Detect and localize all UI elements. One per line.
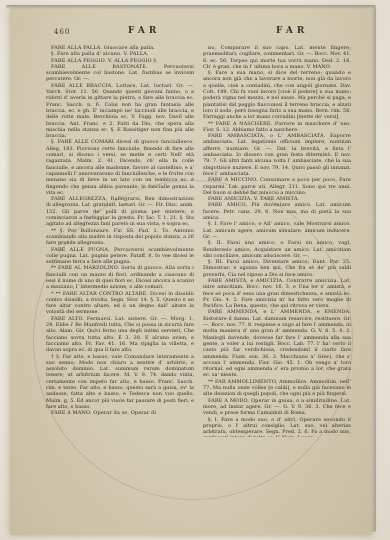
page-number: 460: [54, 28, 70, 36]
page-header: 460 FAR FAR: [10, 26, 372, 40]
page-edge-shadow-right: [371, 7, 376, 532]
entry-paragraph: FARE A MODO, Operar in guisa, o a simili…: [203, 398, 351, 417]
entry-paragraph: §. II. Farsi uno amico, o Farsi un amico…: [203, 240, 351, 259]
entry-paragraph: FARE AMMENDA, e L' AMMENDA, e EMENDA. Ri…: [203, 309, 351, 378]
entry-paragraph: FARE ALLE BRACCIA. Lottare, Lat. luctari…: [46, 83, 194, 140]
entry-paragraph: FARE ALLE BASTONATE. Percuotersi scambie…: [46, 64, 194, 83]
entry-paragraph: * ** FARE ALTAR CONTRO ALTARE. Dicesi in…: [46, 291, 194, 316]
book-page: 460 FAR FAR FARE ALLA PALLA. Giuocare al…: [10, 8, 372, 535]
running-head-right: FAR: [276, 26, 308, 36]
entry-paragraph: ** §. Per Ballonzare. Fir. SS. Pad. 1. T…: [46, 228, 194, 247]
entry-paragraph: FARE AMBASCIATA, o L' AMBASCIATA. Esporr…: [203, 133, 351, 177]
entry-paragraph: FARE A MICCINO. Consumare a poco per poc…: [203, 177, 351, 196]
entry-paragraph: ** FAR AMMOLLIMENTO, Ammollire. Ammollim…: [203, 379, 351, 398]
entry-paragraph: §. FARE ALLE COMARI dicesi di giuoco fan…: [46, 139, 194, 196]
entry-paragraph: ** FARE AL MARZOLINO. Sorta di giuoco. A…: [46, 265, 194, 290]
text-columns: FARE ALLA PALLA. Giuocare alla palla.§. …: [46, 45, 351, 437]
entry-paragraph: ** FARE A NASCHERE. Parrere in maschere …: [203, 121, 351, 134]
entry-paragraph: §. I. Fare l' amico, o All' amico, vale …: [203, 221, 351, 240]
entry-paragraph: FARE ALTO. Fermarsi. Lat. sistere. Gr. —…: [46, 316, 194, 354]
entry-paragraph: FARE A MANO. Operar da se, Operar di: [46, 410, 194, 416]
entry-paragraph: FARE ALLE PUGNA. Percuotersi scambievolm…: [46, 247, 194, 266]
running-head-left: FAR: [128, 26, 160, 36]
entry-paragraph: FARE ALLEGREZZA, Rallegrarsi, Ben dimost…: [46, 196, 194, 227]
text-column-right: no, Comparare il suo capo. Lat. mente fi…: [203, 45, 351, 437]
page-edge-shadow-top: [6, 5, 376, 9]
entry-paragraph: §. III. Farsi amico, Diventare amico; Da…: [203, 259, 351, 278]
entry-paragraph: no, Comparare il suo capo. Lat. mente fi…: [203, 45, 351, 70]
entry-paragraph: §. Fare a sua mano, si dice del terreno;…: [203, 70, 351, 120]
entry-paragraph: † §. Far alto, e basso, vale Comandare i…: [46, 354, 194, 411]
text-column-left: FARE ALLA PALLA. Giuocare alla palla.§. …: [46, 45, 194, 437]
scanned-page: 460 FAR FAR FARE ALLA PALLA. Giuocare al…: [0, 0, 390, 540]
entry-paragraph: §. I. Fare a modo suo, o d' altri, Opera…: [203, 417, 351, 437]
entry-paragraph: FARE AMISTÀ, e AMICIZIA. Contrarre amici…: [203, 278, 351, 309]
entry-paragraph: FARE AMICO, Più doventare amico. Lat. am…: [203, 202, 351, 221]
